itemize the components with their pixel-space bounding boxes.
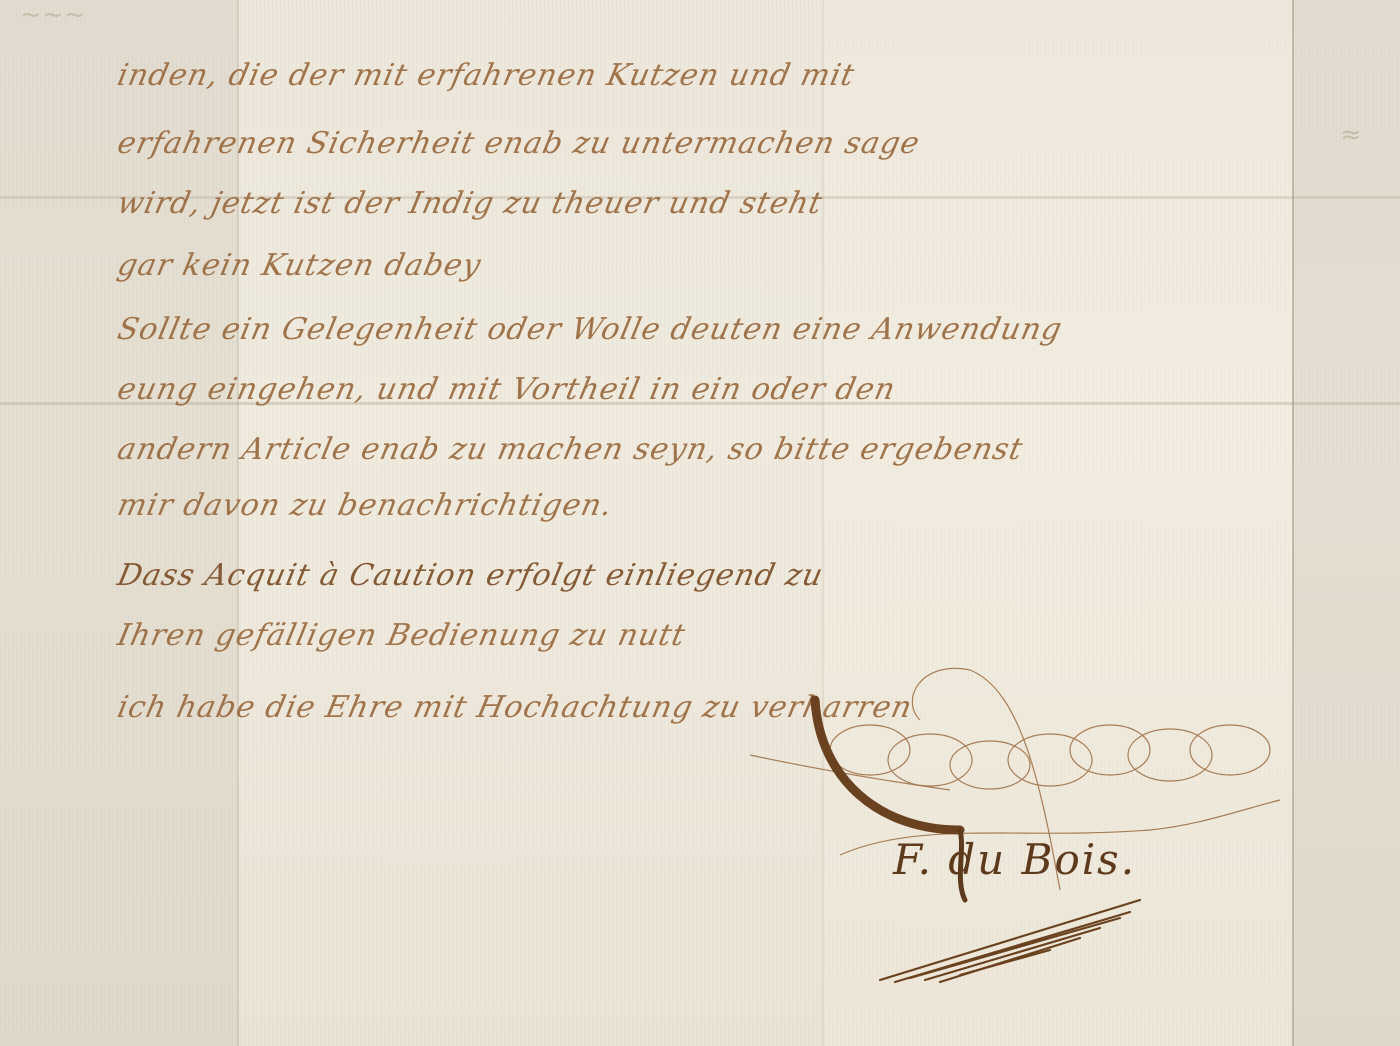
letter-line: Dass Acquit à Caution erfolgt einliegend… bbox=[114, 558, 826, 593]
letter-line: Sollte ein Gelegenheit oder Wolle deuten… bbox=[114, 312, 1065, 347]
letter-line: Ihren gefälligen Bedienung zu nutt bbox=[114, 618, 689, 653]
letter-line: eung eingehen, und mit Vortheil in ein o… bbox=[114, 372, 899, 407]
bleed-through-ink: ≈ bbox=[1340, 120, 1362, 150]
letter-line: andern Article enab zu machen seyn, so b… bbox=[114, 432, 1026, 467]
bleed-through-ink: ~~~ bbox=[20, 0, 85, 30]
letter-line: erfahrenen Sicherheit enab zu untermache… bbox=[114, 126, 923, 161]
signature-flourish bbox=[720, 660, 1320, 1000]
letter-line: mir davon zu benachrichtigen. bbox=[114, 488, 616, 523]
letter-line: gar kein Kutzen dabey bbox=[114, 248, 484, 283]
letter-line: inden, die der mit erfahrenen Kutzen und… bbox=[114, 58, 858, 93]
letter-line: wird, jetzt ist der Indig zu theuer und … bbox=[114, 186, 826, 221]
signature: F. du Bois. bbox=[893, 835, 1136, 884]
